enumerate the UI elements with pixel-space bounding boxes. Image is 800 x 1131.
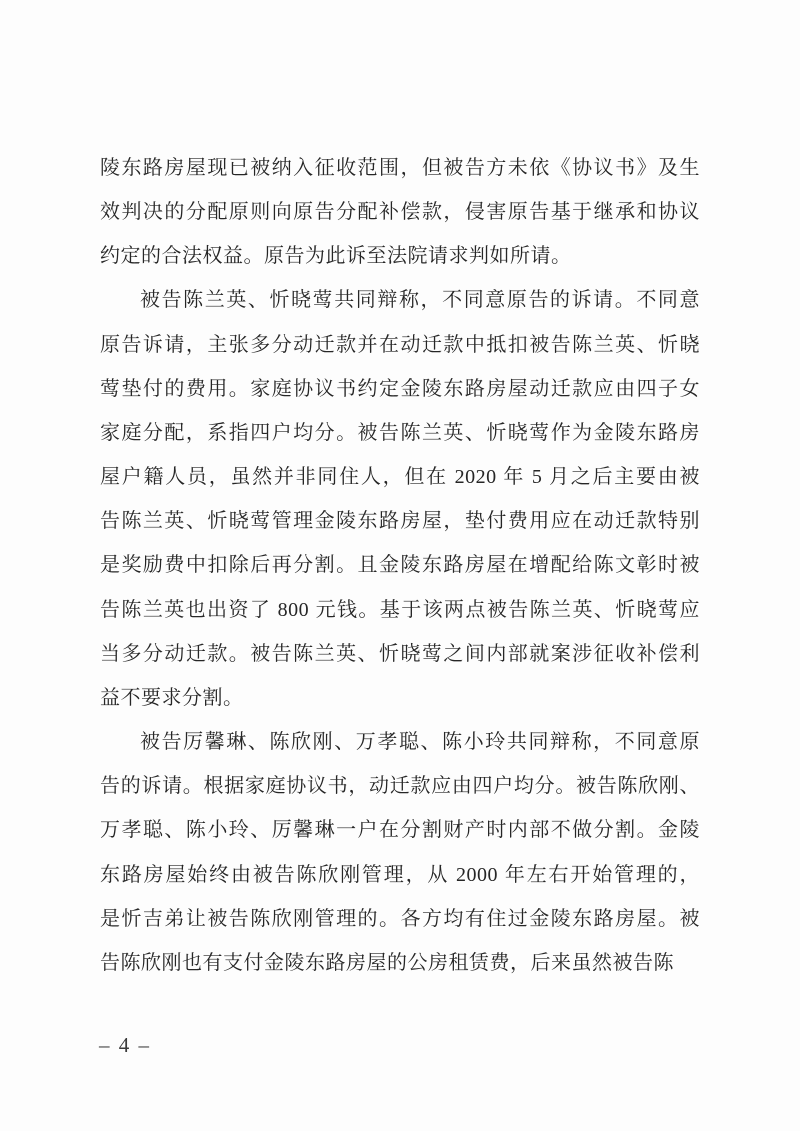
text-line: 告的诉请。根据家庭协议书，动迁款应由四户均分。被告陈欣刚、 — [100, 764, 700, 808]
text-line: 东路房屋始终由被告陈欣刚管理，从 2000 年左右开始管理的， — [100, 853, 700, 897]
document-page: 陵东路房屋现已被纳入征收范围，但被告方未依《协议书》及生效判决的分配原则向原告分… — [0, 0, 800, 1131]
text-line: 家庭分配，系指四户均分。被告陈兰英、忻晓莺作为金陵东路房 — [100, 411, 700, 455]
text-line: 屋户籍人员，虽然并非同住人，但在 2020 年 5 月之后主要由被 — [100, 455, 700, 499]
document-body: 陵东路房屋现已被纳入征收范围，但被告方未依《协议书》及生效判决的分配原则向原告分… — [100, 146, 700, 985]
text-line: 告陈欣刚也有支付金陵东路房屋的公房租赁费，后来虽然被告陈 — [100, 941, 700, 985]
text-line: 被告陈兰英、忻晓莺共同辩称，不同意原告的诉请。不同意 — [100, 278, 700, 322]
text-line: 原告诉请，主张多分动迁款并在动迁款中抵扣被告陈兰英、忻晓 — [100, 323, 700, 367]
text-line: 告陈兰英也出资了 800 元钱。基于该两点被告陈兰英、忻晓莺应 — [100, 588, 700, 632]
text-line: 是奖励费中扣除后再分割。且金陵东路房屋在增配给陈文彰时被 — [100, 543, 700, 587]
text-line: 陵东路房屋现已被纳入征收范围，但被告方未依《协议书》及生 — [100, 146, 700, 190]
text-line: 效判决的分配原则向原告分配补偿款，侵害原告基于继承和协议 — [100, 190, 700, 234]
text-line: 万孝聪、陈小玲、厉馨琳一户在分割财产时内部不做分割。金陵 — [100, 808, 700, 852]
text-line: 被告厉馨琳、陈欣刚、万孝聪、陈小玲共同辩称，不同意原 — [100, 720, 700, 764]
text-line: 莺垫付的费用。家庭协议书约定金陵东路房屋动迁款应由四子女 — [100, 367, 700, 411]
paragraph-defense-lixinlin-chenxingang: 被告厉馨琳、陈欣刚、万孝聪、陈小玲共同辩称，不同意原告的诉请。根据家庭协议书，动… — [100, 720, 700, 985]
paragraph-continuation-plaintiff-claim: 陵东路房屋现已被纳入征收范围，但被告方未依《协议书》及生效判决的分配原则向原告分… — [100, 146, 700, 278]
paragraph-defense-chenlanying-xinxiaoying: 被告陈兰英、忻晓莺共同辩称，不同意原告的诉请。不同意原告诉请，主张多分动迁款并在… — [100, 278, 700, 720]
text-line: 是忻吉弟让被告陈欣刚管理的。各方均有住过金陵东路房屋。被 — [100, 897, 700, 941]
page-number: – 4 – — [99, 1032, 151, 1058]
text-line: 益不要求分割。 — [100, 676, 700, 720]
text-line: 约定的合法权益。原告为此诉至法院请求判如所请。 — [100, 234, 700, 278]
text-line: 当多分动迁款。被告陈兰英、忻晓莺之间内部就案涉征收补偿利 — [100, 632, 700, 676]
text-line: 告陈兰英、忻晓莺管理金陵东路房屋，垫付费用应在动迁款特别 — [100, 499, 700, 543]
